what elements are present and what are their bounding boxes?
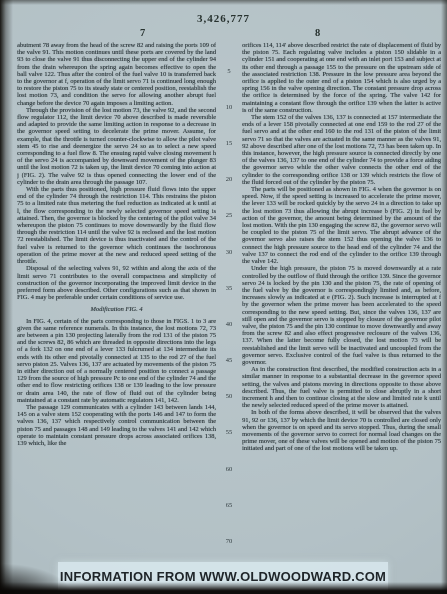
scan-edge-top — [0, 0, 447, 5]
text-column-right: orifices 114, 114' above described restr… — [242, 42, 441, 582]
line-number: 30 — [216, 249, 242, 256]
paragraph: With the parts thus positioned, high pre… — [17, 186, 216, 265]
paragraph: Disposal of the selecting valves 91, 92 … — [17, 265, 216, 301]
line-number: 10 — [216, 104, 242, 111]
patent-number: 3,426,777 — [0, 13, 447, 25]
paragraph: The parts will be positioned as shown in… — [242, 186, 441, 265]
paragraph: As in the construction first described, … — [242, 366, 441, 409]
line-number: 20 — [216, 176, 242, 183]
line-number: 70 — [216, 538, 242, 545]
page-body: abutment 78 away from the head of the sc… — [17, 42, 441, 582]
scan-edge-left — [0, 0, 13, 594]
paragraph: In both of the forms above described, it… — [242, 409, 441, 452]
line-number: 40 — [216, 321, 242, 328]
line-number: 60 — [216, 466, 242, 473]
paragraph: In FIG. 4, certain of the parts correspo… — [17, 318, 216, 404]
line-number: 5 — [216, 68, 242, 75]
column-number-right: 8 — [315, 28, 320, 39]
line-number: 35 — [216, 285, 242, 292]
paragraph: abutment 78 away from the head of the sc… — [17, 42, 216, 107]
section-heading: Modification FIG. 4 — [17, 306, 216, 313]
scan-edge-bottom — [0, 582, 447, 594]
paragraph: orifices 114, 114' above described restr… — [242, 42, 441, 114]
paragraph: Under the high pressure, the piston 75 i… — [242, 265, 441, 366]
line-number: 45 — [216, 357, 242, 364]
text-column-left: abutment 78 away from the head of the sc… — [17, 42, 216, 582]
line-number: 65 — [216, 502, 242, 509]
line-number: 25 — [216, 212, 242, 219]
scan-edge-right — [441, 0, 447, 594]
paragraph: The stem 152 of the valves 136, 137 is c… — [242, 114, 441, 186]
paragraph: Through the provision of the lost motion… — [17, 107, 216, 186]
line-number: 50 — [216, 393, 242, 400]
gutter-line-numbers: 5 10 15 20 25 30 35 40 45 50 55 60 65 70 — [216, 42, 242, 582]
paragraph: The passage 129 communicates with a cyli… — [17, 404, 216, 447]
column-number-left: 7 — [140, 28, 145, 39]
patent-scan-page: 3,426,777 7 8 abutment 78 away from the … — [0, 0, 447, 594]
line-number: 15 — [216, 140, 242, 147]
line-number: 55 — [216, 429, 242, 436]
